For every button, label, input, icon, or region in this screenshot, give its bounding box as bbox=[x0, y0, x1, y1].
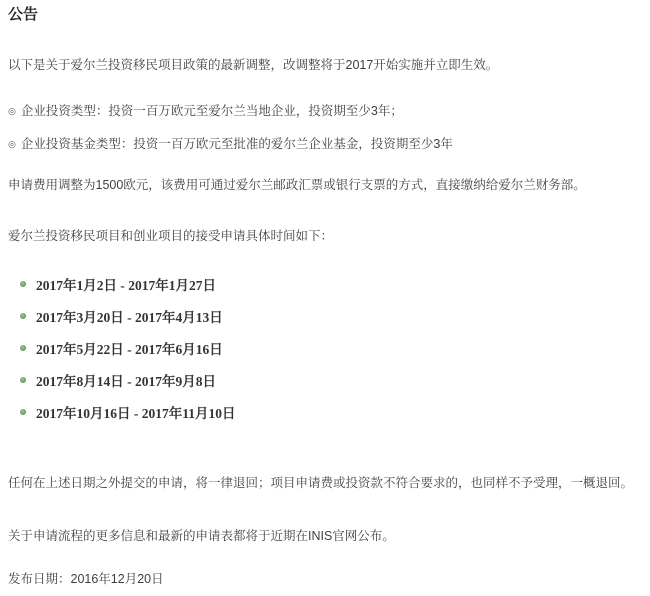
schedule-period-text: 2017年8月14日 - 2017年9月8日 bbox=[36, 370, 216, 390]
intro-paragraph: 以下是关于爱尔兰投资移民项目政策的最新调整，改调整将于2017开始实施并立即生效… bbox=[8, 57, 642, 74]
schedule-header: 爱尔兰投资移民项目和创业项目的接受申请具体时间如下： bbox=[8, 228, 642, 245]
green-bullet-icon bbox=[20, 281, 26, 287]
circle-marker-icon: ◎ bbox=[8, 136, 16, 153]
circle-marker-icon: ◎ bbox=[8, 103, 16, 120]
info-paragraph: 关于申请流程的更多信息和最新的申请表都将于近期在INIS官网公布。 bbox=[8, 528, 642, 545]
schedule-list: 2017年1月2日 - 2017年1月27日 2017年3月20日 - 2017… bbox=[8, 275, 642, 420]
schedule-period-text: 2017年1月2日 - 2017年1月27日 bbox=[36, 274, 216, 294]
investment-fund-type-text: 企业投资基金类型：投资一百万欧元至批准的爱尔兰企业基金，投资期至少3年 bbox=[21, 136, 453, 153]
page-title: 公告 bbox=[8, 6, 642, 24]
schedule-item: 2017年5月22日 - 2017年6月16日 bbox=[20, 339, 642, 356]
fee-paragraph: 申请费用调整为1500欧元，该费用可通过爱尔兰邮政汇票或银行支票的方式，直接缴纳… bbox=[8, 177, 642, 194]
schedule-item: 2017年3月20日 - 2017年4月13日 bbox=[20, 307, 642, 324]
investment-fund-type-item: ◎ 企业投资基金类型：投资一百万欧元至批准的爱尔兰企业基金，投资期至少3年 bbox=[8, 136, 642, 153]
schedule-item: 2017年10月16日 - 2017年11月10日 bbox=[20, 403, 642, 420]
investment-type-text: 企业投资类型：投资一百万欧元至爱尔兰当地企业，投资期至少3年； bbox=[21, 103, 403, 120]
investment-type-item: ◎ 企业投资类型：投资一百万欧元至爱尔兰当地企业，投资期至少3年； bbox=[8, 103, 642, 120]
green-bullet-icon bbox=[20, 377, 26, 383]
schedule-item: 2017年1月2日 - 2017年1月27日 bbox=[20, 275, 642, 292]
schedule-period-text: 2017年5月22日 - 2017年6月16日 bbox=[36, 338, 223, 358]
rejection-notice-paragraph: 任何在上述日期之外提交的申请，将一律退回；项目申请费或投资款不符合要求的，也同样… bbox=[8, 475, 642, 492]
schedule-item: 2017年8月14日 - 2017年9月8日 bbox=[20, 371, 642, 388]
announcement-page: 公告 以下是关于爱尔兰投资移民项目政策的最新调整，改调整将于2017开始实施并立… bbox=[0, 0, 650, 596]
green-bullet-icon bbox=[20, 409, 26, 415]
publish-date: 发布日期：2016年12月20日 bbox=[8, 571, 642, 588]
schedule-period-text: 2017年3月20日 - 2017年4月13日 bbox=[36, 306, 223, 326]
schedule-period-text: 2017年10月16日 - 2017年11月10日 bbox=[36, 402, 236, 422]
green-bullet-icon bbox=[20, 313, 26, 319]
green-bullet-icon bbox=[20, 345, 26, 351]
